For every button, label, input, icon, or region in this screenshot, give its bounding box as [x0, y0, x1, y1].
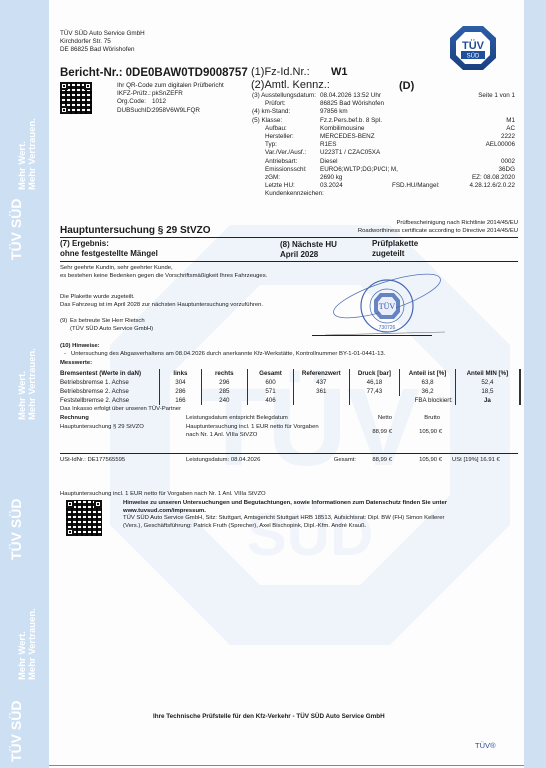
field-value: 97856 km — [320, 108, 348, 116]
sticker-text: Die Plakette wurde zugeteilt.Das Fahrzeu… — [60, 294, 263, 309]
right-brand-band — [524, 0, 546, 768]
field-label: (3) Ausstellungsdatum: — [252, 92, 316, 100]
result: (7) Ergebnis:ohne festgestellte Mängel — [60, 239, 158, 259]
official-stamp-icon: TÜV 730726 — [325, 262, 445, 342]
field-label: (5) Klasse: — [252, 117, 282, 125]
table-header: Anteil MIN [%] — [455, 369, 520, 378]
vehicle-fields: (3) Ausstellungsdatum:08.04.2026 13:52 U… — [252, 92, 515, 198]
field-label: zGM: — [265, 174, 280, 182]
footer-tagline: Ihre Technische Prüfstelle für den Kfz-V… — [153, 713, 385, 720]
field-value: EURO6;WLTP;DG;PI/CI; M, — [320, 166, 398, 174]
band-slogan-3: Mehr Wert.Mehr Vertrauen. — [18, 608, 38, 680]
issuer-address: TÜV SÜD Auto Service GmbH Kirchdorfer St… — [60, 30, 145, 55]
next-inspection: (8) Nächste HUApril 2028 — [280, 240, 337, 260]
band-brand-3: TÜV SÜD — [8, 701, 24, 762]
table-header: Gesamt — [247, 369, 293, 378]
field-mid: FSD.HU/Mangel: — [392, 182, 440, 190]
report-meta: Ihr QR-Code zum digitalen Prüfbericht IK… — [117, 82, 224, 115]
fba-value: Ja — [455, 396, 520, 405]
field-label: Hersteller: — [265, 133, 294, 141]
total-brutto: 105,90 € — [400, 457, 442, 465]
field-code: 2222 — [501, 133, 515, 141]
total-netto: 88,99 € — [350, 457, 392, 465]
invoice-item-brutto: 105,90 € — [400, 429, 442, 437]
sticker-status: Prüfplakettezugeteilt — [372, 239, 418, 259]
band-brand-2: TÜV SÜD — [8, 499, 24, 560]
tuv-brand-mark: TÜV® — [475, 741, 496, 750]
field-label: Var./Ver./Ausf.: — [265, 149, 306, 157]
field-code: 0002 — [501, 158, 515, 166]
vehicle-field-row: Antriebsart:Diesel0002 — [252, 158, 515, 166]
vehicle-field-row: Var./Ver./Ausf.:U223T1 / CZAC05XA — [252, 149, 515, 157]
table-header: Bremsentest (Werte in daN) — [58, 369, 160, 378]
field-label: Typ: — [265, 141, 277, 149]
invoice-title: Rechnung — [60, 415, 89, 423]
field-label: Antriebsart: — [265, 158, 297, 166]
field-code: AC — [506, 125, 515, 133]
qr-code-icon[interactable] — [60, 82, 92, 114]
field-code: EZ: 08.08.2020 — [472, 174, 515, 182]
fba-label: FBA blockiert: — [349, 396, 455, 405]
vehicle-plate: (2)Amtl. Kennz.: (D) — [251, 79, 330, 91]
field-label: Emissionsschl: — [265, 166, 307, 174]
table-row: Feststellbremse 2. Achse166240406FBA blo… — [58, 396, 520, 405]
table-row: Betriebsbremse 1. Achse30429660043746,18… — [58, 378, 520, 387]
inkasso-note: Das Inkasso erfolgt über unseren TÜV-Par… — [60, 406, 181, 414]
band-slogan-2: Mehr Wert.Mehr Vertrauen. — [18, 348, 38, 420]
vehicle-field-row: Emissionsschl:EURO6;WLTP;DG;PI/CI; M,36D… — [252, 166, 515, 174]
issuer-name: TÜV SÜD Auto Service GmbH — [60, 30, 145, 38]
vehicle-field-row: zGM:2690 kgEZ: 08.08.2020 — [252, 174, 515, 182]
vehicle-field-row: (4) km-Stand:97856 km — [252, 108, 515, 116]
brutto-header: Brutto — [410, 415, 440, 423]
field-label: Letzte HU: — [265, 182, 295, 190]
field-label: Kundenkennzeichen: — [265, 190, 324, 198]
svg-text:SÜD: SÜD — [467, 53, 480, 60]
field-value: 86825 Bad Wörishofen — [320, 100, 384, 108]
table-row: Betriebsbremse 2. Achse28628557136177,43… — [58, 387, 520, 396]
measure-label: Messwerte: — [60, 360, 92, 368]
inspector: (9)Es betreute Sie Herr Rietsch (TÜV SÜD… — [60, 318, 153, 333]
qr-code-footer-icon[interactable] — [66, 500, 102, 536]
field-label: (4) km-Stand: — [252, 108, 290, 116]
field-value: Kombilimousine — [320, 125, 364, 133]
hint-item: -Untersuchung des Abgasverhaltens am 08.… — [64, 351, 385, 359]
tuv-sud-logo-icon: TÜV SÜD — [450, 26, 496, 70]
left-brand-band: TÜV SÜD Mehr Wert.Mehr Vertrauen. TÜV SÜ… — [0, 0, 49, 768]
band-slogan-1: Mehr Wert.Mehr Vertrauen. — [18, 118, 38, 190]
field-value: MERCEDES-BENZ — [320, 133, 375, 141]
vat-amount: USt [19%] 16.91 € — [452, 457, 500, 465]
netto-header: Netto — [360, 415, 392, 423]
invoice-item-desc: Hauptuntersuchung incl. 1 EUR netto für … — [186, 424, 319, 439]
vehicle-field-row: (3) Ausstellungsdatum:08.04.2026 13:52 U… — [252, 92, 515, 100]
footer-legal: Hinweise zu unseren Untersuchungen und B… — [123, 500, 518, 530]
vehicle-field-row: Prüfort:86825 Bad Wörishofen — [252, 100, 515, 108]
field-code: AEL00006 — [486, 141, 515, 149]
field-label: Aufbau: — [265, 125, 287, 133]
field-label: Prüfort: — [265, 100, 286, 108]
band-brand-1: TÜV SÜD — [8, 199, 24, 260]
report-number: Bericht-Nr.:0DE0BAW0TD9008757 — [60, 67, 248, 79]
service-date: Leistungsdatum: 08.04.2026 — [186, 457, 260, 465]
issuer-city: DE 86825 Bad Wörishofen — [60, 46, 145, 54]
field-value: Diesel — [320, 158, 338, 166]
field-value: 2690 kg — [320, 174, 342, 182]
certificate-note: Prüfbescheinigung nach Richtlinie 2014/4… — [300, 220, 518, 235]
greeting: Sehr geehrte Kundin, sehr geehrter Kunde… — [60, 265, 267, 280]
vehicle-field-row: Typ:R1ESAEL00006 — [252, 141, 515, 149]
vehicle-field-row: Aufbau:KombilimousineAC — [252, 125, 515, 133]
vehicle-field-row: Letzte HU:03.2024FSD.HU/Mangel:4.28.12.6… — [252, 182, 515, 190]
field-code: M1 — [506, 117, 515, 125]
vehicle-field-row: Hersteller:MERCEDES-BENZ2222 — [252, 133, 515, 141]
issuer-street: Kirchdorfer Str. 75 — [60, 38, 145, 46]
field-code: 4.28.12.6/2.0.22 — [469, 182, 515, 190]
inspection-title: Hauptuntersuchung § 29 StVZO — [60, 225, 211, 236]
vat-id: USt-IdNr.: DE177565595 — [60, 457, 125, 465]
svg-text:730726: 730726 — [379, 325, 396, 331]
field-value: Fz.z.Pers.bef.b. 8 Spl. — [320, 117, 382, 125]
table-header: Anteil ist [%] — [400, 369, 455, 378]
svg-text:TÜV: TÜV — [462, 39, 485, 52]
invoice-item-name: Hauptuntersuchung § 29 StVZO — [60, 424, 144, 432]
table-header: Referenzwert — [294, 369, 349, 378]
svg-text:TÜV: TÜV — [379, 302, 396, 311]
hints-label: (10) Hinweise: — [60, 343, 100, 351]
field-value: U223T1 / CZAC05XA — [320, 149, 380, 157]
service-date-note: Leistungsdatum entspricht Belegdatum — [186, 415, 288, 423]
field-value: 03.2024 — [320, 182, 343, 190]
brake-test-table: Bremsentest (Werte in daN)linksrechtsGes… — [58, 369, 521, 405]
footer-note: Hauptuntersuchung incl. 1 EUR netto für … — [60, 491, 266, 499]
vehicle-id: (1)Fz-Id.Nr.: W1 — [251, 66, 310, 78]
vehicle-field-row: Kundenkennzeichen: — [252, 190, 515, 198]
table-header: links — [160, 369, 202, 378]
table-header: rechts — [201, 369, 247, 378]
invoice-item-netto: 88,99 € — [350, 429, 392, 437]
vehicle-field-row: (5) Klasse:Fz.z.Pers.bef.b. 8 Spl.M1 — [252, 117, 515, 125]
field-value: 08.04.2026 13:52 Uhr — [320, 92, 381, 100]
field-code: 36DG — [499, 166, 515, 174]
field-value: R1ES — [320, 141, 336, 149]
table-header: Druck [bar] — [349, 369, 400, 378]
